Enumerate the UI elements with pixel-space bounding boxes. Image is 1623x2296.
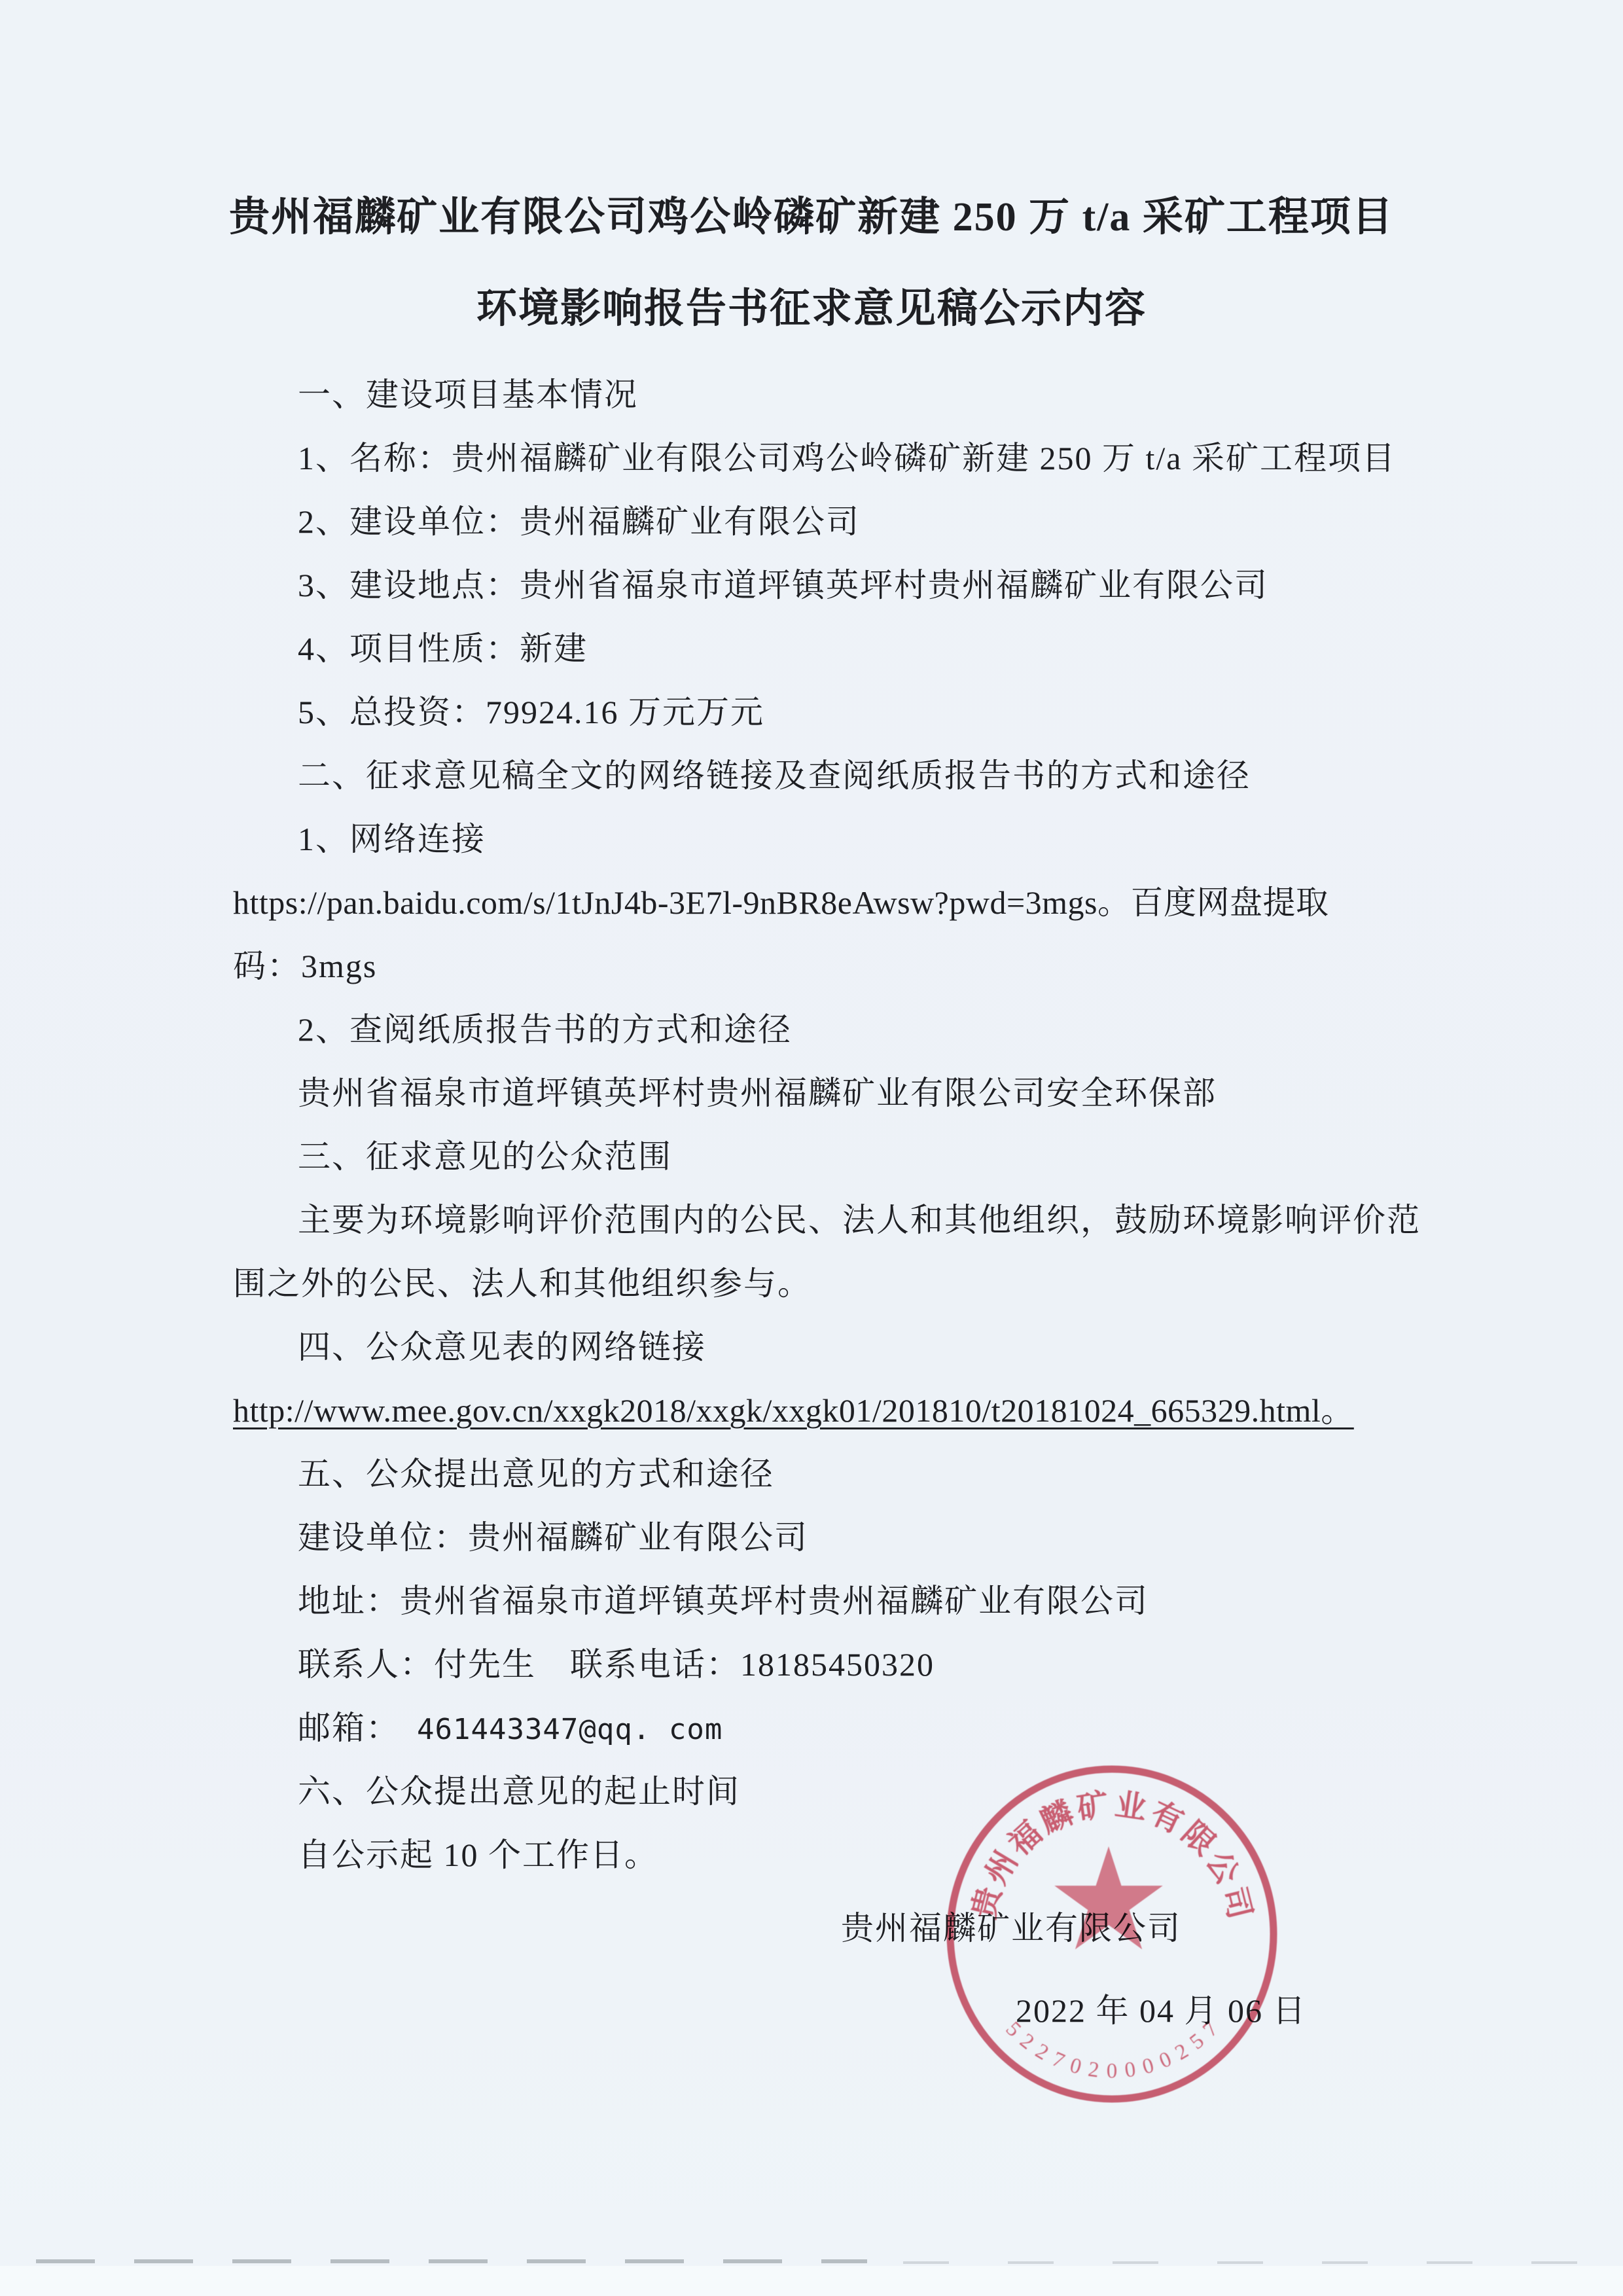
svg-text:2: 2 (1171, 2039, 1193, 2065)
feedback-company: 建设单位：贵州福麟矿业有限公司 (298, 1518, 808, 1557)
item-project-name: 1、名称：贵州福麟矿业有限公司鸡公岭磷矿新建 250 万 t/a 采矿工程项目 (298, 439, 1396, 478)
paper-report-address: 贵州省福泉市道坪镇英坪村贵州福麟矿业有限公司安全环保部 (298, 1073, 1217, 1113)
section-6-heading: 六、公众提出意见的起止时间 (298, 1772, 740, 1811)
seal-star (1054, 1846, 1162, 1949)
svg-text:业: 业 (1113, 1787, 1149, 1826)
feedback-contact-phone: 联系人：付先生 联系电话：18185450320 (298, 1645, 935, 1684)
comment-period: 自公示起 10 个工作日。 (298, 1835, 658, 1874)
public-scope-line-2: 围之外的公民、法人和其他组织参与。 (233, 1264, 811, 1303)
svg-text:司: 司 (1216, 1884, 1257, 1922)
scan-edge-line-right (903, 2261, 1597, 2264)
svg-text:2: 2 (1015, 2029, 1038, 2054)
feedback-address: 地址：贵州省福泉市道坪镇英坪村贵州福麟矿业有限公司 (298, 1581, 1149, 1621)
scanned-document-page: { "page": { "background": "#edf3f8", "te… (0, 0, 1623, 2296)
item-total-investment: 5、总投资：79924.16 万元万元 (298, 692, 764, 732)
paper-report-subheading: 2、查阅纸质报告书的方式和途径 (298, 1010, 792, 1049)
section-2-heading: 二、征求意见稿全文的网络链接及查阅纸质报告书的方式和途径 (298, 756, 1251, 795)
section-5-heading: 五、公众提出意见的方式和途径 (298, 1454, 774, 1494)
section-4-heading: 四、公众意见表的网络链接 (298, 1327, 706, 1367)
seal-serial-arc-text: 5227020000257 (1001, 2017, 1223, 2083)
baidu-pan-url: https://pan.baidu.com/s/1tJnJ4b-3E7l-9nB… (233, 883, 1329, 922)
svg-text:7: 7 (1049, 2047, 1068, 2073)
svg-text:0: 0 (1107, 2060, 1118, 2083)
svg-text:7: 7 (1198, 2017, 1222, 2041)
company-seal: 贵州福麟矿业有限公司 5227020000257 (925, 1744, 1298, 2124)
email-address: 461443347@qq. com (417, 1713, 722, 1746)
svg-text:矿: 矿 (1075, 1787, 1111, 1826)
svg-text:2: 2 (1031, 2039, 1053, 2065)
network-link-subheading: 1、网络连接 (298, 819, 486, 859)
svg-text:2: 2 (1086, 2058, 1100, 2083)
item-construction-site: 3、建设地点：贵州省福泉市道坪镇英坪村贵州福麟矿业有限公司 (298, 565, 1268, 605)
svg-text:0: 0 (1156, 2047, 1175, 2073)
mee-gov-url: http://www.mee.gov.cn/xxgk2018/xxgk/xxgk… (233, 1391, 1354, 1430)
item-project-nature: 4、项目性质：新建 (298, 629, 588, 668)
public-scope-line-1: 主要为环境影响评价范围内的公民、法人和其他组织，鼓励环境影响评价范 (298, 1200, 1421, 1240)
feedback-email-line: 邮箱：461443347@qq. com (298, 1708, 722, 1749)
svg-text:贵: 贵 (967, 1882, 1008, 1922)
svg-text:0: 0 (1067, 2054, 1084, 2079)
extraction-code: 码：3mgs (233, 946, 377, 986)
svg-text:0: 0 (1140, 2054, 1156, 2079)
document-title-line-1: 贵州福麟矿业有限公司鸡公岭磷矿新建 250 万 t/a 采矿工程项目 (0, 194, 1623, 241)
section-3-heading: 三、征求意见的公众范围 (298, 1137, 672, 1176)
svg-text:5: 5 (1001, 2017, 1026, 2041)
document-title-line-2: 环境影响报告书征求意见稿公示内容 (0, 285, 1623, 332)
seal-ring (950, 1769, 1274, 2099)
scan-edge-strip (0, 2266, 1623, 2296)
svg-text:5: 5 (1185, 2029, 1208, 2054)
email-label: 邮箱： (298, 1710, 400, 1746)
item-construction-unit: 2、建设单位：贵州福麟矿业有限公司 (298, 502, 860, 541)
section-1-heading: 一、建设项目基本情况 (298, 375, 638, 414)
paper-background (0, 0, 1623, 2296)
scan-edge-line-left (36, 2259, 867, 2263)
svg-text:0: 0 (1123, 2058, 1137, 2083)
